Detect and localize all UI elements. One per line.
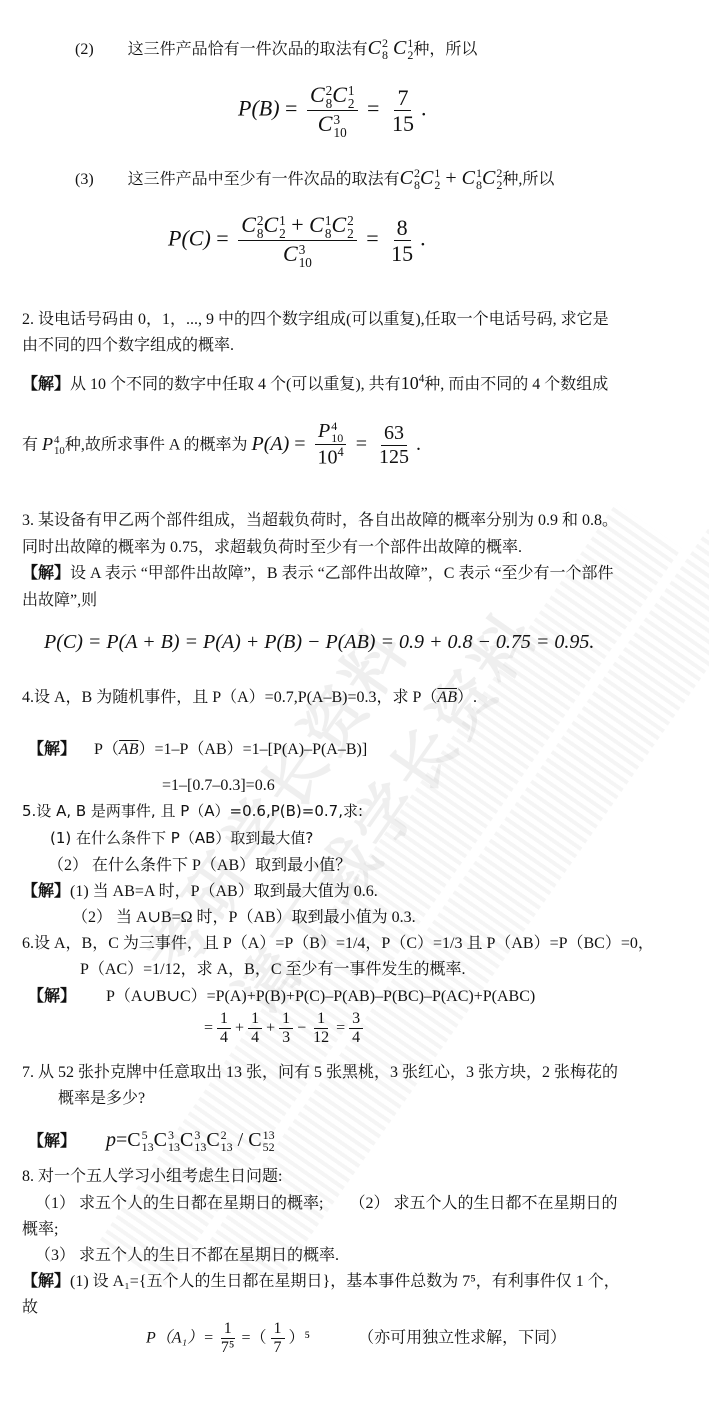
p5-q2: （2） 在什么条件下 P（AB）取到最小值？	[48, 856, 351, 875]
p1-part2-line: (2) 这三件产品恰有一件次品的取法有C28 C12种，所以	[75, 36, 477, 61]
p7-solution: 【解】 p=C513C313C313C213 / C1352	[28, 1128, 275, 1153]
complement-ab: AB	[119, 741, 139, 758]
p6-solution-fractions: =14+14+13−112=34	[204, 1010, 367, 1048]
p7-line2: 概率是多少?	[58, 1089, 145, 1108]
p3-solution-line2: 出故障”,则	[22, 591, 97, 610]
p8-q2-cont: 概率;	[22, 1220, 58, 1239]
solution-text: (1) 设 A₁={五个人的生日都在星期日}，基本事件总数为 7⁵，有利事件仅 …	[70, 1273, 620, 1290]
solution-text: 从 10 个不同的数字中任取 4 个(可以重复), 共有	[70, 376, 401, 393]
p7-formula: p=C513C313C313C213 / C1352	[106, 1129, 275, 1151]
fraction: C28C12 + C18C22 C310	[238, 212, 357, 269]
p8-formula: P（A₁）=17⁵=（17）⁵ （亦可用独立性求解，下同）	[146, 1320, 566, 1358]
question-text: 4.设 A，B 为随机事件，且 P（A）=0.7,P(A–B)=0.3，求 P（	[22, 689, 437, 706]
formula-pb: P(B) = C28C12 C310 = 7 15 .	[238, 82, 426, 139]
formula-lhs: P(C)	[168, 226, 211, 251]
solution-text: 设 A 表示 “甲部件出故障”，B 表示 “乙部件出故障”，C 表示 “至少有一…	[70, 565, 614, 582]
p6-solution-line1: 【解】 P（A∪B∪C）=P(A)+P(B)+P(C)–P(AB)–P(BC)–…	[28, 987, 535, 1006]
part-label: (3)	[75, 171, 94, 188]
part-suffix: 种，所以	[413, 41, 477, 58]
solution-label: 【解】	[22, 883, 70, 900]
part-suffix: 种,所以	[502, 171, 554, 188]
solution-text: P（	[94, 741, 119, 758]
combination: C28 C12	[368, 36, 414, 61]
part-label: (2)	[75, 41, 94, 58]
solution-label: 【解】	[22, 376, 70, 393]
p2-solution-line1: 【解】从 10 个不同的数字中任取 4 个(可以重复), 共有104种, 而由不…	[22, 373, 608, 395]
formula-note: （亦可用独立性求解，下同）	[358, 1330, 566, 1347]
solution-text: (1) 当 AB=A 时，P（AB）取到最大值为 0.6.	[70, 883, 378, 900]
solution-text: 种, 而由不同的 4 个数组成	[424, 376, 608, 393]
p2-line2: 由不同的四个数字组成的概率.	[22, 336, 234, 355]
p3-solution-line1: 【解】设 A 表示 “甲部件出故障”，B 表示 “乙部件出故障”，C 表示 “至…	[22, 564, 614, 583]
p3-line2: 同时出故障的概率为 0.75，求超载负荷时至少有一个部件出故障的概率.	[22, 538, 522, 557]
p5-solution-1: 【解】(1) 当 AB=A 时，P（AB）取到最大值为 0.6.	[22, 882, 378, 901]
formula-pc: P(C) = C28C12 + C18C22 C310 = 8 15 .	[168, 212, 426, 269]
p5-solution-2: （2） 当 A∪B=Ω 时，P（AB）取到最小值为 0.3.	[72, 908, 416, 927]
p4-solution-line1: 【解】 P（AB）=1–P（AB）=1–[P(A)–P(A–B)]	[28, 740, 367, 759]
solution-label: 【解】	[22, 565, 70, 582]
p1-part3-line: (3) 这三件产品中至少有一件次品的取法有C28C12 + C18C22种,所以	[75, 166, 554, 191]
solution-label: 【解】	[28, 741, 76, 758]
solution-text: ）=1–P（AB）=1–[P(A)–P(A–B)]	[138, 741, 367, 758]
p2-solution-line2: 有 P410种,故所求事件 A 的概率为 P(A) = P410104 = 63…	[22, 420, 421, 470]
question-text: （1） 求五个人的生日都在星期日的概率;	[35, 1195, 323, 1212]
p3-formula: P(C) = P(A + B) = P(A) + P(B) − P(AB) = …	[44, 630, 594, 654]
part-text: 这三件产品恰有一件次品的取法有	[128, 41, 368, 58]
p5-line1: 5.设 A, B 是两事件, 且 P（A）=0.6,P(B)=0.7,求:	[22, 802, 363, 820]
question-text: （2） 求五个人的生日都不在星期日的	[349, 1195, 617, 1212]
formula-lhs: P（A₁）=	[146, 1330, 214, 1347]
p6-line1: 6.设 A，B，C 为三事件，且 P（A）=P（B）=1/4，P（C）=1/3 …	[22, 934, 654, 953]
solution-label: 【解】	[22, 1273, 70, 1290]
p7-line1: 7. 从 52 张扑克牌中任意取出 13 张，问有 5 张黑桃，3 张红心，3 …	[22, 1063, 618, 1082]
fraction-result: 8 15	[388, 215, 416, 267]
question-text: ）.	[457, 689, 477, 706]
solution-text: 种,故所求事件 A 的概率为	[65, 437, 248, 454]
p5-q1: (1) 在什么条件下 P（AB）取到最大值?	[50, 829, 313, 847]
p8-q1-q2: （1） 求五个人的生日都在星期日的概率; （2） 求五个人的生日都不在星期日的	[35, 1194, 617, 1213]
fraction: C28C12 C310	[307, 82, 358, 139]
fraction-result: 7 15	[389, 85, 417, 137]
p4-solution-line2: =1–[0.7–0.3]=0.6	[162, 776, 275, 795]
complement-ab: AB	[437, 689, 457, 706]
p2-line1: 2. 设电话号码由 0，1，..., 9 中的四个数字组成(可以重复),任取一个…	[22, 310, 609, 329]
formula-lhs: P(B)	[238, 96, 280, 121]
solution-label: 【解】	[28, 1133, 76, 1150]
p4-line1: 4.设 A，B 为随机事件，且 P（A）=0.7,P(A–B)=0.3，求 P（…	[22, 688, 477, 707]
combination: C28C12 + C18C22	[400, 166, 503, 191]
p8-solution-line1: 【解】(1) 设 A₁={五个人的生日都在星期日}，基本事件总数为 7⁵，有利事…	[22, 1272, 620, 1291]
solution-text: 有	[22, 437, 38, 454]
solution-label: 【解】	[28, 988, 76, 1005]
p8-line1: 8. 对一个五人学习小组考虑生日问题:	[22, 1167, 282, 1186]
p6-line2: P（AC）=1/12，求 A，B，C 至少有一事件发生的概率.	[80, 960, 466, 979]
formula-pa: P(A) = P410104 = 63125.	[252, 433, 422, 455]
p8-solution-line2: 故	[22, 1298, 38, 1317]
solution-text: P（A∪B∪C）=P(A)+P(B)+P(C)–P(AB)–P(BC)–P(AC…	[106, 988, 535, 1005]
p8-q3: （3） 求五个人的生日不都在星期日的概率.	[35, 1246, 339, 1265]
part-text: 这三件产品中至少有一件次品的取法有	[128, 171, 400, 188]
p3-line1: 3. 某设备有甲乙两个部件组成，当超载负荷时，各自出故障的概率分别为 0.9 和…	[22, 511, 618, 530]
